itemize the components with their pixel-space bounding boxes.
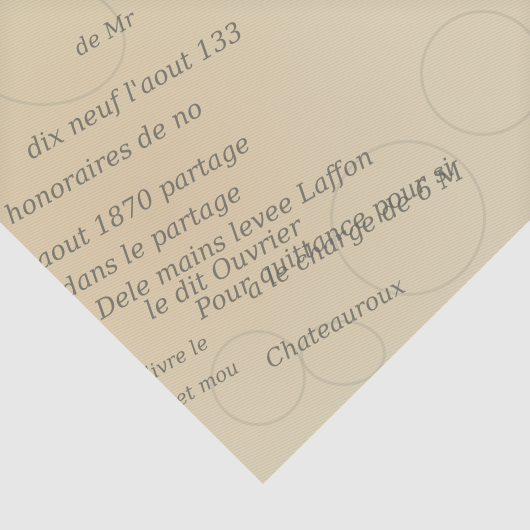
flourish-ornament — [420, 10, 530, 136]
background: de Mr dix neuf l'aout 133 honoraires de … — [0, 0, 530, 530]
vintage-script-fabric: de Mr dix neuf l'aout 133 honoraires de … — [0, 0, 530, 530]
